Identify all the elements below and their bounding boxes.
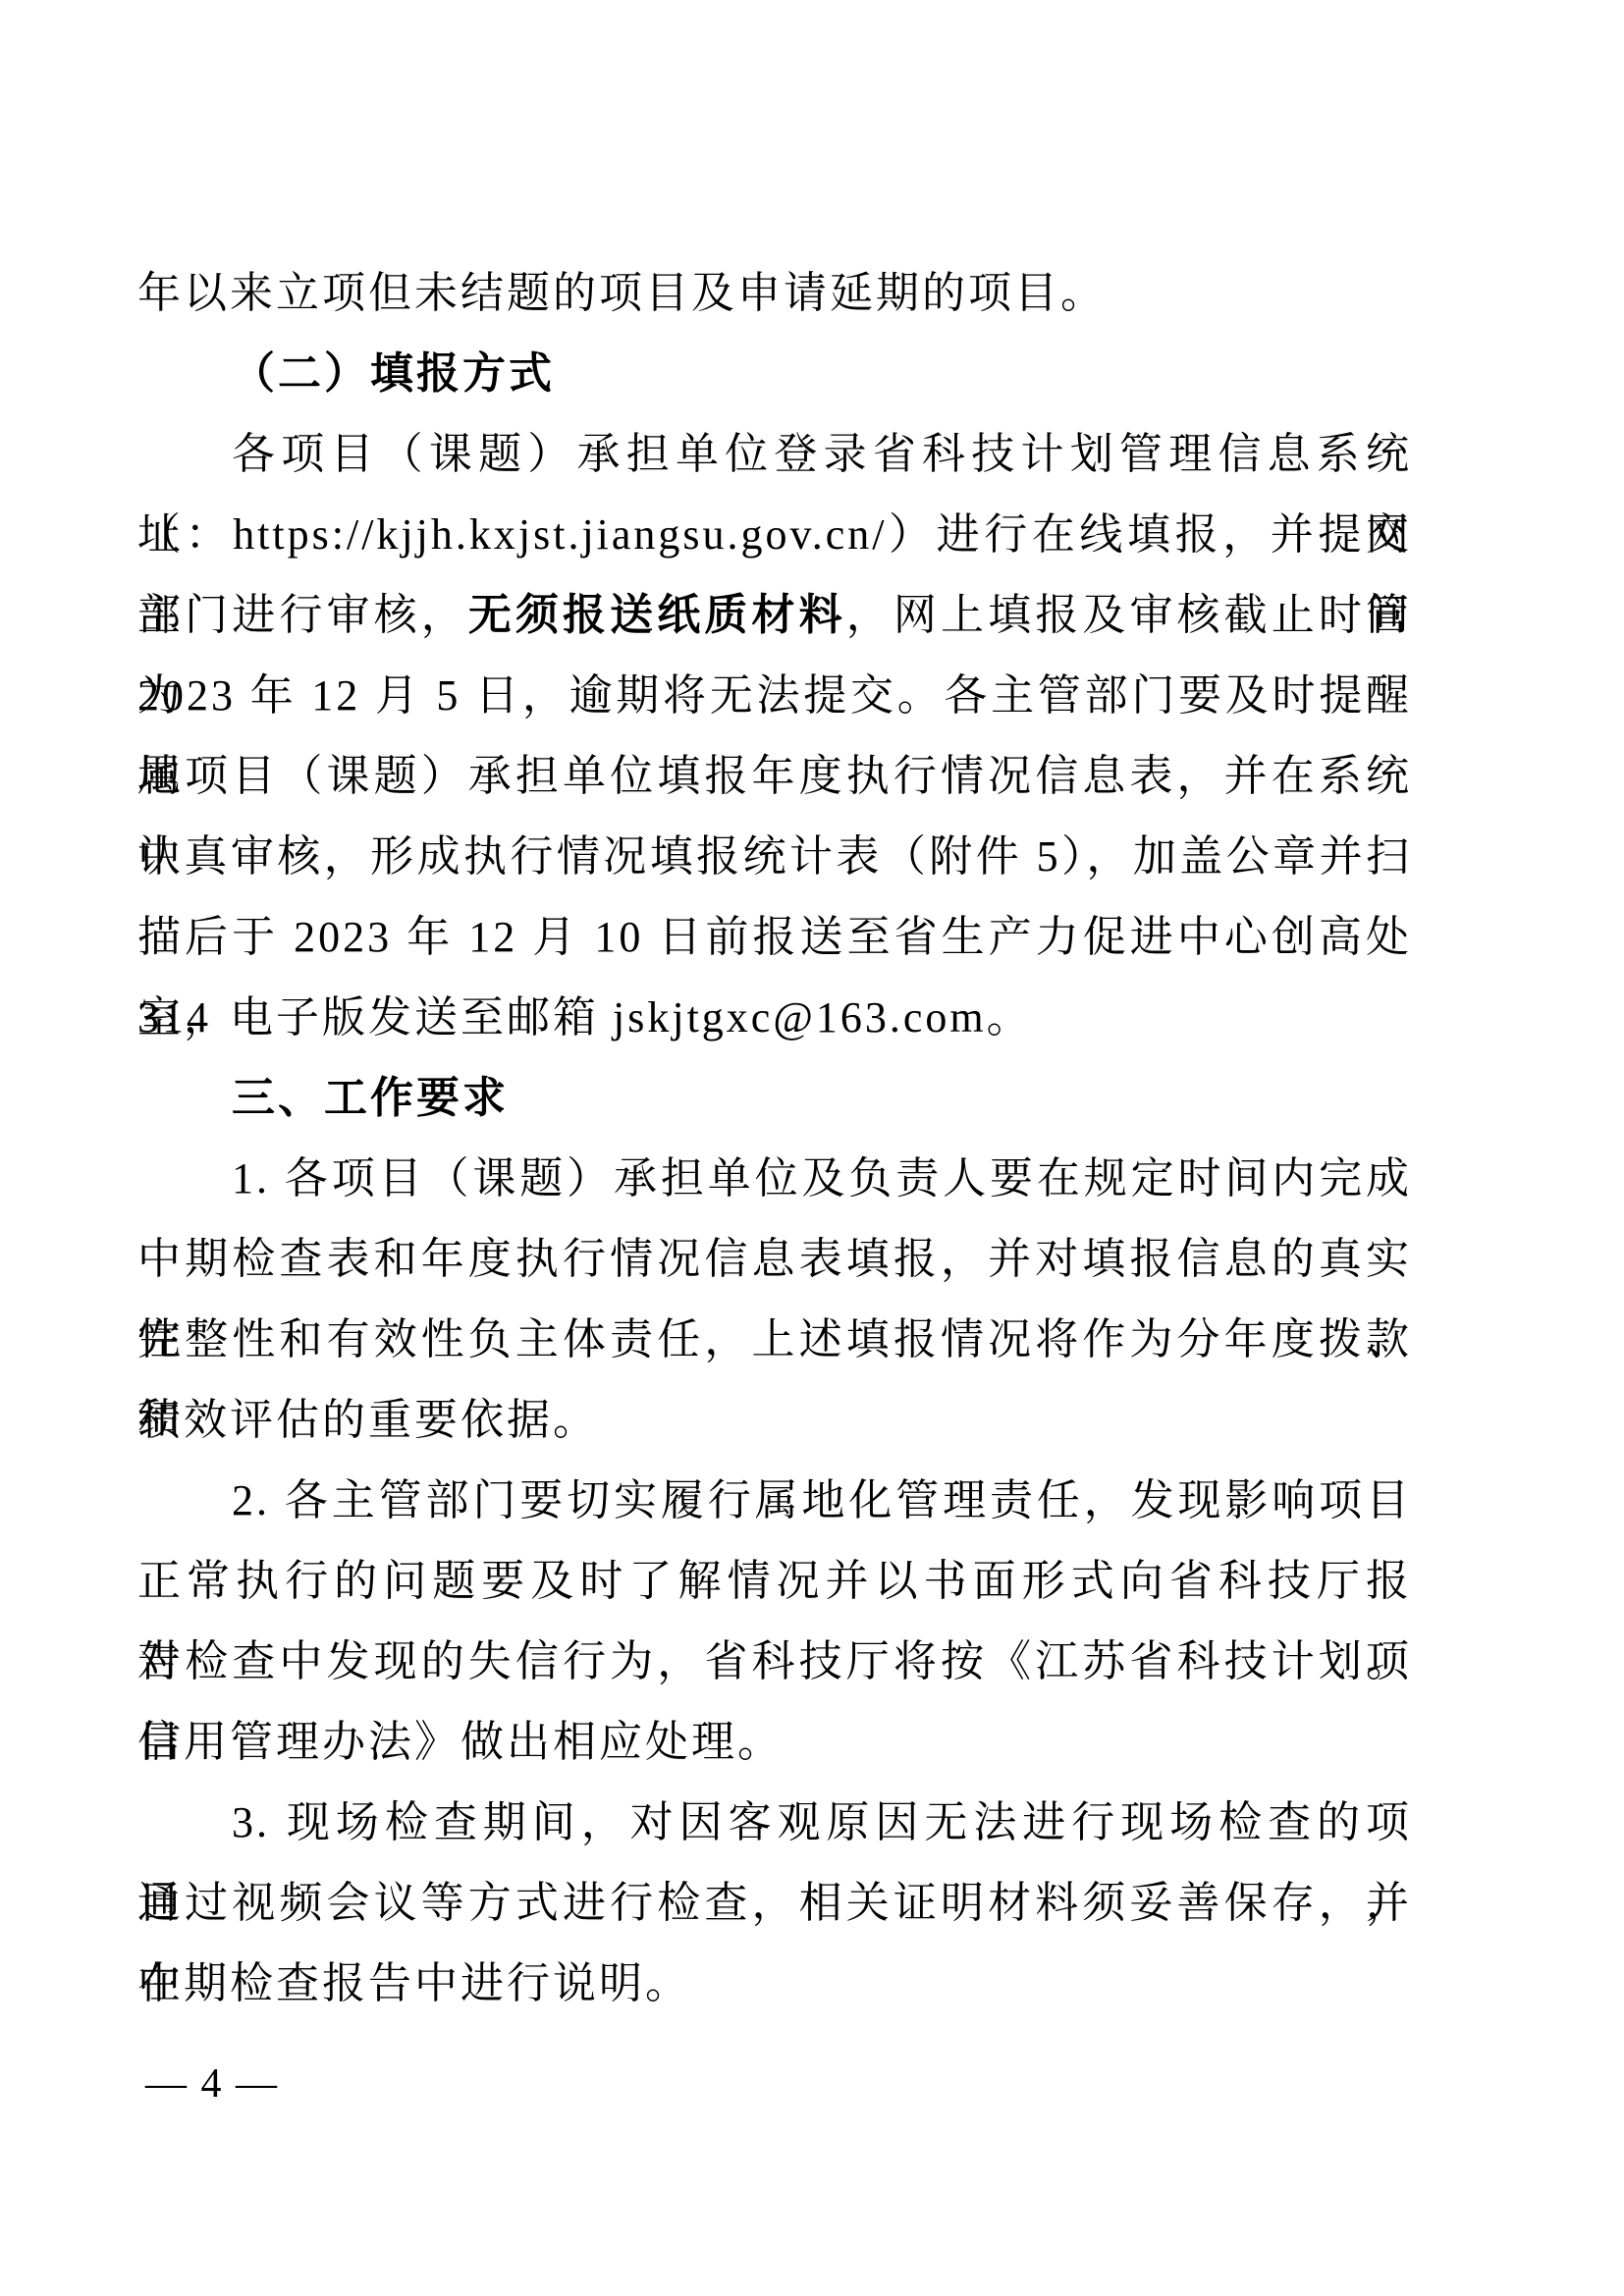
text-line: 2023 年 12 月 5 日，逾期将无法提交。各主管部门要及时提醒属 xyxy=(137,656,1412,736)
section-heading-2: （二）填报方式 xyxy=(137,334,1412,414)
text-line: 信用管理办法》做出相应处理。 xyxy=(137,1702,1412,1783)
emphasized-text: 无须报送纸质材料 xyxy=(468,591,846,639)
text-line: 描后于 2023 年 12 月 10 日前报送至省生产力促进中心创高处 314 xyxy=(137,897,1412,978)
text-line-item-1: 1. 各项目（课题）承担单位及负责人要在规定时间内完成 xyxy=(137,1139,1412,1219)
document-body: 年以来立项但未结题的项目及申请延期的项目。 （二）填报方式 各项目（课题）承担单… xyxy=(137,253,1412,2024)
text-line: 认真审核，形成执行情况填报统计表（附件 5），加盖公章并扫 xyxy=(137,817,1412,897)
text-line: 绩效评估的重要依据。 xyxy=(137,1380,1412,1461)
text-line: 中期检查表和年度执行情况信息表填报，并对填报信息的真实性、 xyxy=(137,1219,1412,1300)
text-segment: 部门进行审核， xyxy=(137,591,468,639)
text-line-mixed: 部门进行审核，无须报送纸质材料，网上填报及审核截止时间为 xyxy=(137,575,1412,656)
text-line: 中期检查报告中进行说明。 xyxy=(137,1944,1412,2024)
text-line: 正常执行的问题要及时了解情况并以书面形式向省科技厅报告。 xyxy=(137,1541,1412,1622)
text-line-with-url: 址：https://kjjh.kxjst.jiangsu.gov.cn/）进行在… xyxy=(137,495,1412,575)
section-heading-3: 三、工作要求 xyxy=(137,1058,1412,1139)
text-line: 对检查中发现的失信行为，省科技厅将按《江苏省科技计划项目 xyxy=(137,1622,1412,1702)
text-line: 完整性和有效性负主体责任，上述填报情况将作为分年度拨款和 xyxy=(137,1300,1412,1380)
text-line: 通过视频会议等方式进行检查，相关证明材料须妥善保存，并在 xyxy=(137,1863,1412,1944)
text-line: 各项目（课题）承担单位登录省科技计划管理信息系统（网 xyxy=(137,414,1412,495)
document-page: 年以来立项但未结题的项目及申请延期的项目。 （二）填报方式 各项目（课题）承担单… xyxy=(0,0,1624,2296)
text-line-item-2: 2. 各主管部门要切实履行属地化管理责任，发现影响项目 xyxy=(137,1461,1412,1541)
page-number: — 4 — xyxy=(145,2050,279,2118)
text-line: 年以来立项但未结题的项目及申请延期的项目。 xyxy=(137,253,1412,334)
text-line: 地项目（课题）承担单位填报年度执行情况信息表，并在系统中 xyxy=(137,736,1412,817)
text-line-item-3: 3. 现场检查期间，对因客观原因无法进行现场检查的项目， xyxy=(137,1783,1412,1863)
text-line-with-email: 室，电子版发送至邮箱 jskjtgxc@163.com。 xyxy=(137,978,1412,1058)
